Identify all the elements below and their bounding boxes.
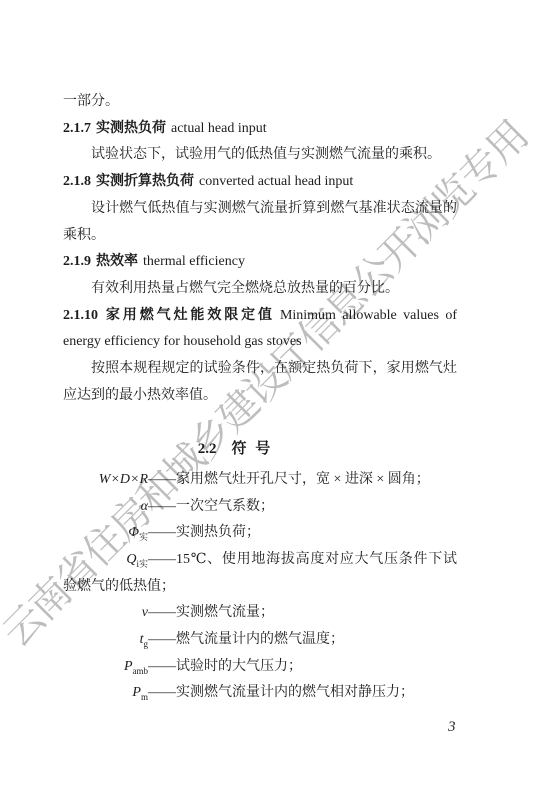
page-content: 一部分。 2.1.7实测热负荷actual head input 试验状态下，试…: [0, 0, 536, 707]
symbol-description: ——实测燃气流量；: [148, 605, 274, 620]
symbol: W×D×R: [63, 467, 148, 494]
symbol-row-wdr: W×D×R——家用燃气灶开孔尺寸，宽 × 进深 × 圆角；: [63, 467, 457, 494]
symbol: Qi实: [63, 547, 148, 574]
paragraph-continuation: 一部分。: [63, 89, 457, 116]
symbol: Pamb: [63, 654, 148, 681]
section-number: 2.2: [198, 441, 217, 457]
symbol: Pm: [63, 680, 148, 707]
section-heading-2-2: 2.2符 号: [37, 436, 431, 463]
clause-term-zh: 家用燃气灶能效限定值: [103, 308, 275, 323]
symbol-row-v: v——实测燃气流量；: [63, 600, 457, 627]
clause-body-2-1-10: 按照本规程规定的试验条件，在额定热负荷下，家用燃气灶应达到的最小热效率值。: [63, 356, 457, 409]
symbol-row-pamb: Pamb——试验时的大气压力；: [63, 654, 457, 681]
symbol-row-pm: Pm——实测燃气流量计内的燃气相对静压力；: [63, 680, 457, 707]
symbol-description: ——家用燃气灶开孔尺寸，宽 × 进深 × 圆角；: [148, 472, 430, 487]
symbol: v: [63, 600, 148, 627]
clause-heading-2-1-7: 2.1.7实测热负荷actual head input: [63, 116, 457, 143]
clause-number: 2.1.8: [63, 174, 91, 189]
clause-term-zh: 实测折算热负荷: [96, 174, 194, 189]
symbol-description: ——燃气流量计内的燃气温度；: [148, 632, 344, 647]
symbol-row-phi: Φ实——实测热负荷；: [63, 520, 457, 547]
clause-body-2-1-7: 试验状态下，试验用气的低热值与实测燃气流量的乘积。: [63, 142, 457, 169]
symbol: α: [63, 494, 148, 521]
clause-term-zh: 热效率: [96, 254, 138, 269]
clause-term-en: actual head input: [171, 121, 267, 136]
page-number: 3: [448, 719, 456, 736]
clause-number: 2.1.10: [63, 308, 98, 323]
document-page: 云南省住房和城乡建设厅信息公开浏览专用 一部分。 2.1.7实测热负荷actua…: [0, 0, 536, 793]
clause-number: 2.1.7: [63, 121, 91, 136]
symbol-description: ——实测燃气流量计内的燃气相对静压力；: [148, 685, 414, 700]
symbol: tg: [63, 627, 148, 654]
symbol-row-q: Qi实——15℃、使用地海拔高度对应大气压条件下试验燃气的低热值；: [63, 547, 457, 600]
clause-body-2-1-9: 有效利用热量占燃气完全燃烧总放热量的百分比。: [63, 276, 457, 303]
clause-term-zh: 实测热负荷: [96, 121, 166, 136]
symbol: Φ实: [63, 520, 148, 547]
symbol-row-alpha: α——一次空气系数；: [63, 494, 457, 521]
clause-heading-2-1-10: 2.1.10家用燃气灶能效限定值Minimum allowable values…: [63, 303, 457, 356]
symbol-description: ——试验时的大气压力；: [148, 659, 302, 674]
clause-term-en: thermal efficiency: [143, 254, 245, 269]
symbol-row-tg: tg——燃气流量计内的燃气温度；: [63, 627, 457, 654]
section-title: 符 号: [231, 441, 270, 457]
clause-term-en: converted actual head input: [199, 174, 353, 189]
clause-heading-2-1-8: 2.1.8实测折算热负荷converted actual head input: [63, 169, 457, 196]
clause-number: 2.1.9: [63, 254, 91, 269]
symbol-description: ——一次空气系数；: [148, 499, 274, 514]
clause-body-2-1-8: 设计燃气低热值与实测燃气流量折算到燃气基准状态流量的乘积。: [63, 196, 457, 249]
clause-heading-2-1-9: 2.1.9热效率thermal efficiency: [63, 249, 457, 276]
symbol-description: ——实测热负荷；: [148, 525, 260, 540]
